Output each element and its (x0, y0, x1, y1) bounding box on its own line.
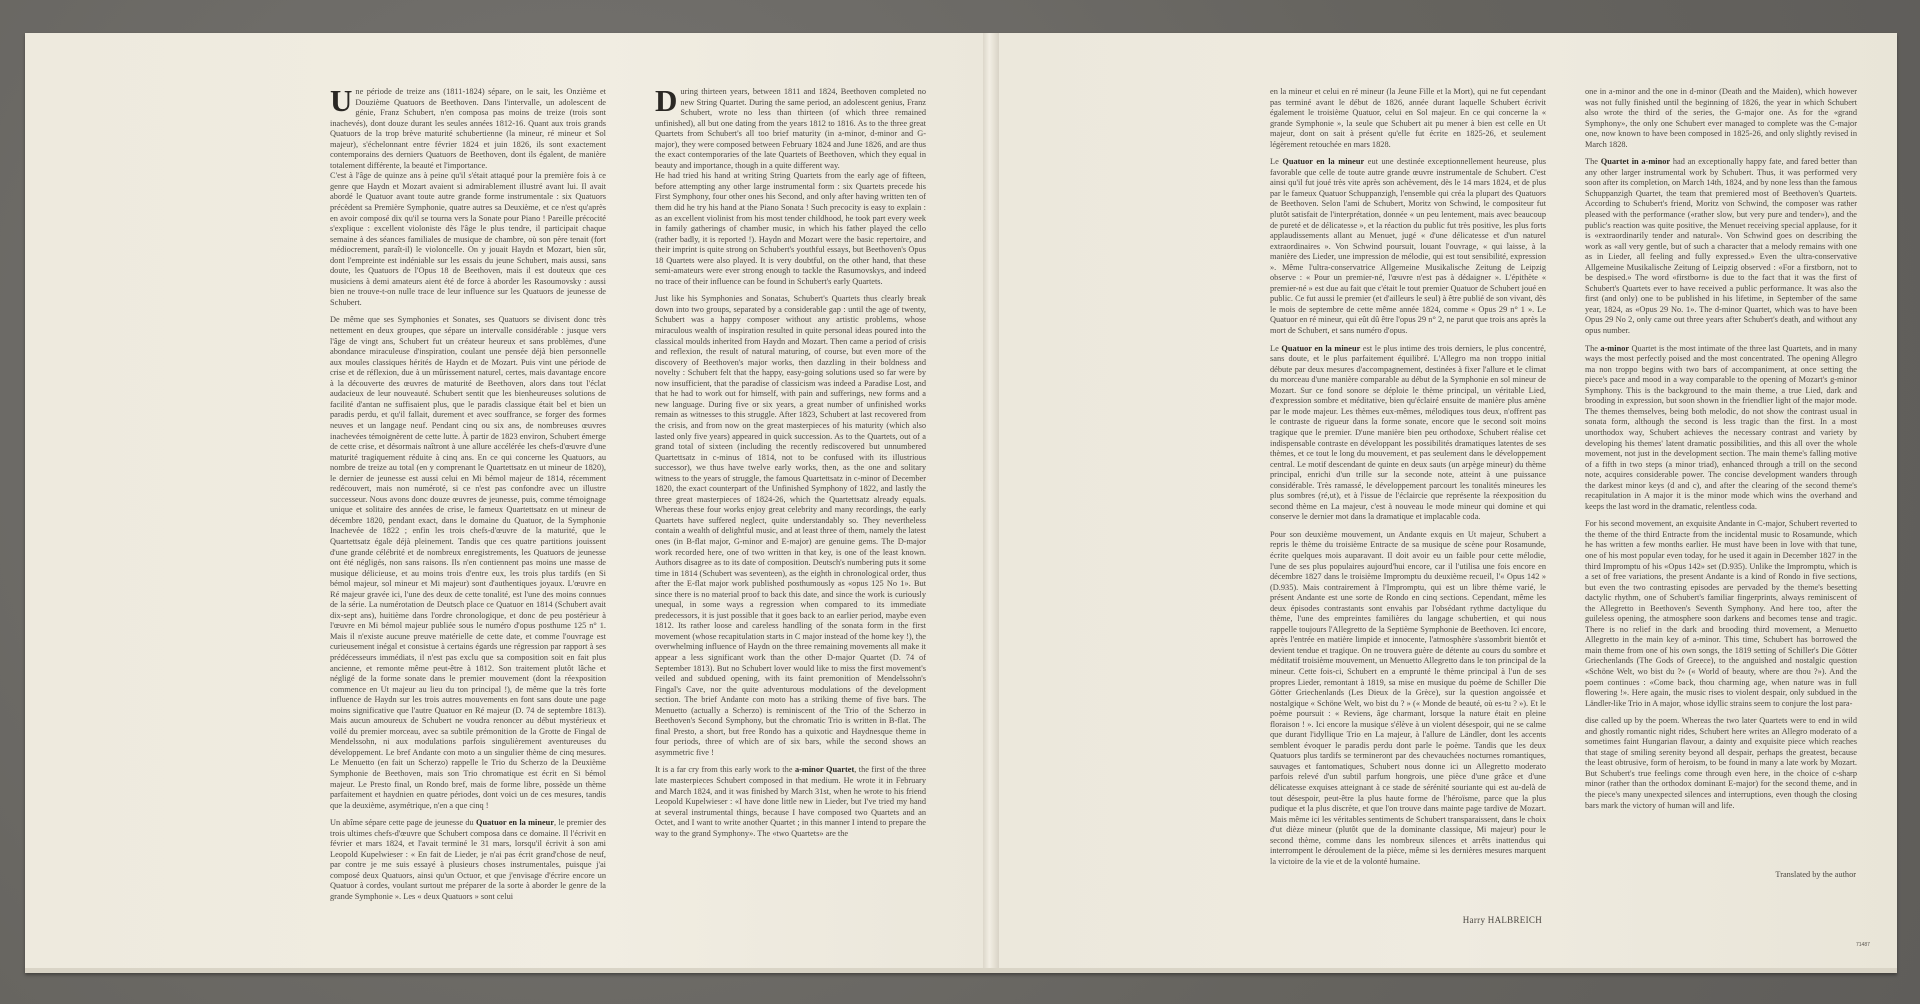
french-paragraph: Pour son deuxième mouvement, un Andante … (1270, 530, 1546, 868)
french-paragraph: C'est à l'âge de quinze ans à peine qu'i… (330, 171, 606, 308)
english-paragraph: dise called up by the poem. Whereas the … (1585, 716, 1857, 811)
sleeve-bottom-edge (25, 968, 1897, 973)
english-paragraph: The Quartet in a-minor had an exceptiona… (1585, 157, 1857, 336)
french-column-2: en la mineur et celui en ré mineur (la J… (1270, 87, 1546, 874)
french-paragraph: en la mineur et celui en ré mineur (la J… (1270, 87, 1546, 150)
english-paragraph: The a-minor Quartet is the most intimate… (1585, 344, 1857, 513)
center-fold (983, 33, 999, 973)
author-signature: Harry HALBREICH (1448, 915, 1542, 925)
english-paragraph: It is a far cry from this early work to … (655, 765, 926, 839)
french-paragraph: Le Quatuor en la mineur est le plus inti… (1270, 344, 1546, 523)
dropcap: U (330, 88, 352, 113)
translator-credit: Translated by the author (1700, 870, 1856, 879)
french-paragraph: De même que ses Symphonies et Sonates, s… (330, 315, 606, 811)
dropcap: D (655, 88, 677, 113)
french-column-1: Une période de treize ans (1811-1824) sé… (330, 87, 606, 910)
english-column-1: During thirteen years, between 1811 and … (655, 87, 926, 846)
english-paragraph: For his second movement, an exquisite An… (1585, 519, 1857, 709)
english-paragraph: He had tried his hand at writing String … (655, 171, 926, 287)
english-paragraph: one in a-minor and the one in d-minor (D… (1585, 87, 1857, 150)
french-paragraph: Une période de treize ans (1811-1824) sé… (330, 87, 606, 171)
english-column-2: one in a-minor and the one in d-minor (D… (1585, 87, 1857, 818)
catalog-number: 71487 (1856, 942, 1870, 948)
french-paragraph: Le Quatuor en la mineur eut une destinée… (1270, 157, 1546, 336)
english-paragraph: During thirteen years, between 1811 and … (655, 87, 926, 171)
english-paragraph: Just like his Symphonies and Sonatas, Sc… (655, 294, 926, 758)
french-paragraph: Un abîme sépare cette page de jeunesse d… (330, 818, 606, 902)
